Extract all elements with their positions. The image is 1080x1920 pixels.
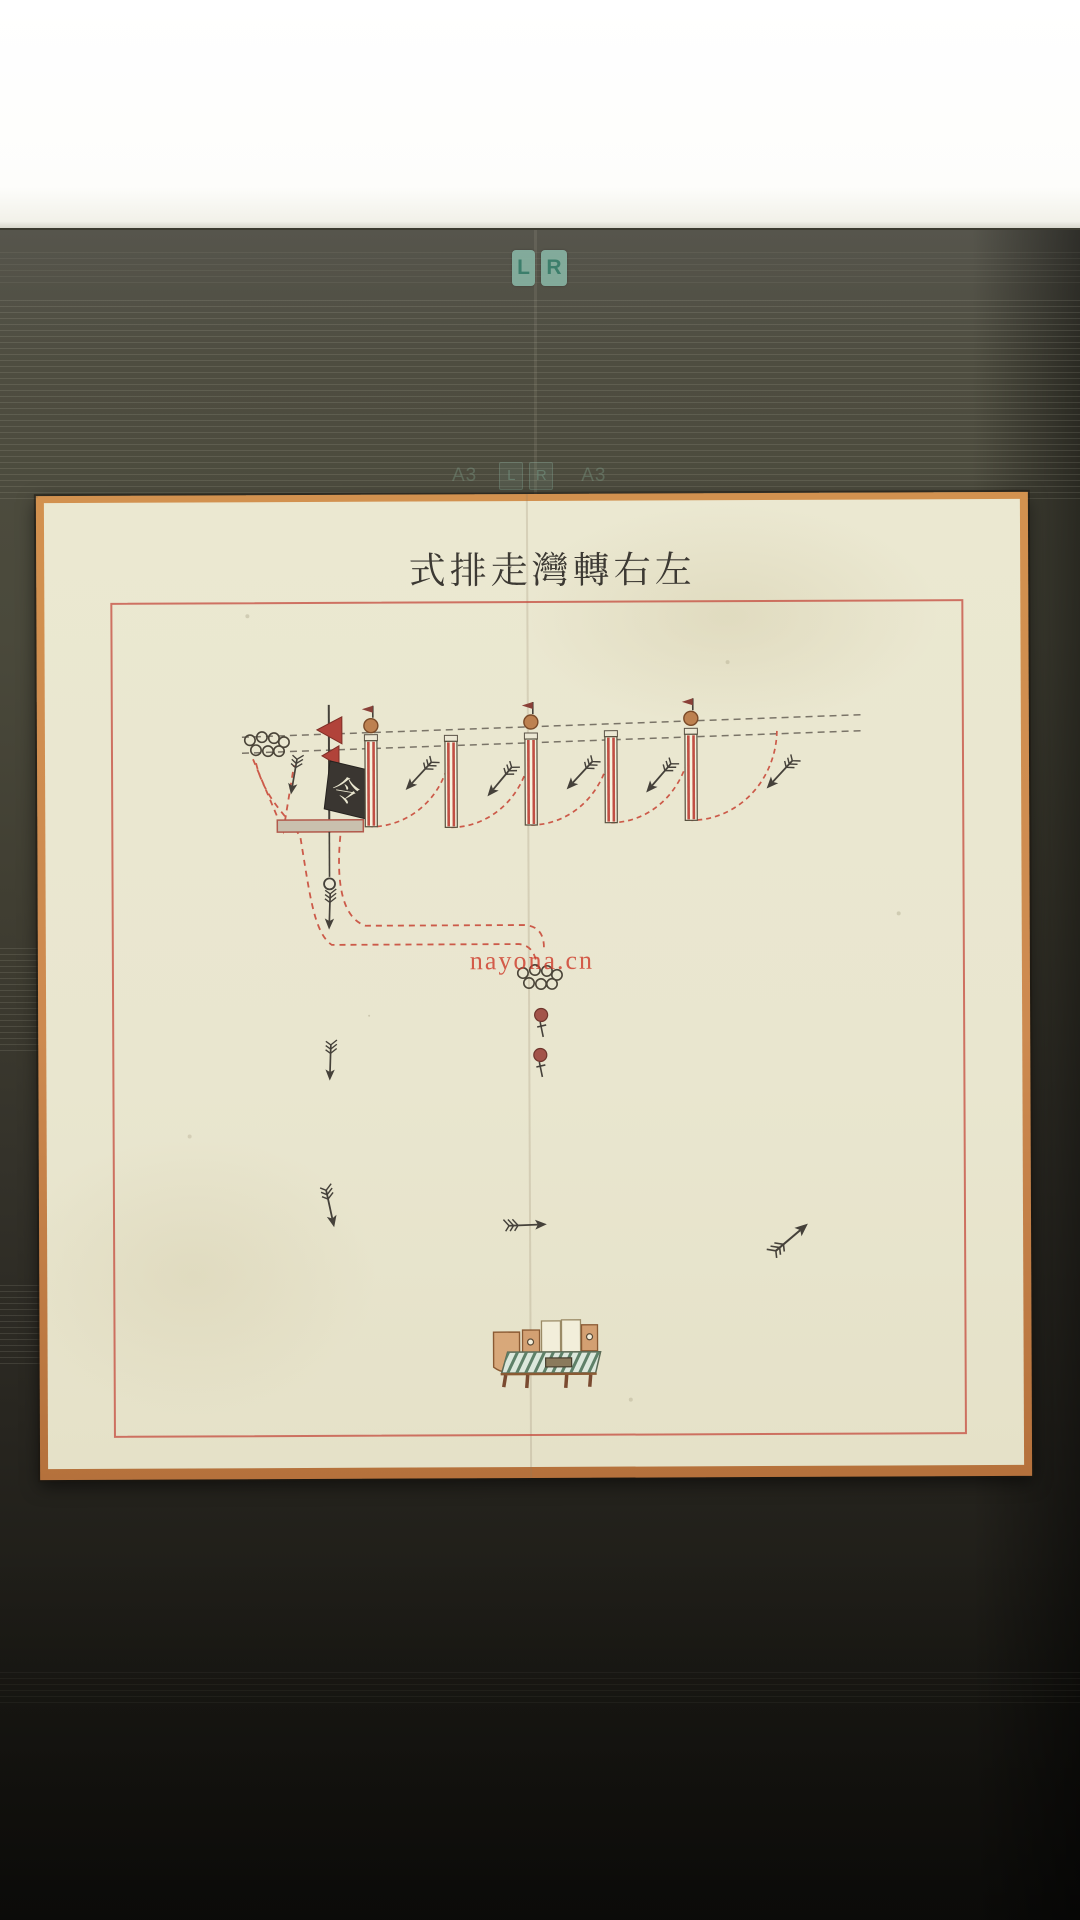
flag-platform [277, 820, 363, 832]
marker-dots [534, 1008, 548, 1077]
drill-formation-diagram: 令 [36, 492, 1032, 1480]
equipment-table-icon [489, 1320, 607, 1389]
movement-arrow-icon [325, 1040, 337, 1081]
drop-line-marker [324, 832, 337, 930]
movement-arrow-icon [286, 753, 304, 795]
page-nav-left-button[interactable]: L [512, 250, 535, 286]
signal-pole-icon [364, 735, 377, 827]
flag-character: 令 [329, 774, 362, 810]
movement-arrow-icon [563, 754, 601, 794]
ghost-page-code-row: A3 L R A3 [452, 462, 607, 490]
marker-dot-icon [535, 1008, 548, 1021]
signal-poles [362, 698, 699, 827]
signal-pole-icon [604, 731, 617, 823]
movement-arrow-icon [324, 889, 336, 930]
signal-pole-icon [524, 733, 537, 825]
page-nav-badges: L R [512, 250, 567, 286]
ghost-left-badge: L [499, 462, 523, 490]
ghost-code-right: A3 [581, 465, 606, 487]
pole-knob-icon [362, 706, 378, 733]
movement-arrow-icon [503, 1218, 547, 1231]
watermark: nayona.cn [470, 946, 594, 977]
pole-knob-icon [682, 698, 698, 725]
route-path [253, 758, 544, 968]
command-flag-icon: 令 [277, 705, 376, 833]
scanner-white-margin [0, 0, 1080, 228]
page-nav-right-button[interactable]: R [541, 250, 567, 286]
movement-arrow-icon [402, 755, 440, 795]
signal-pole-icon [684, 728, 697, 820]
ghost-right-badge: R [529, 462, 553, 490]
lower-arrows [319, 1038, 812, 1262]
signal-pole-icon [444, 735, 457, 827]
movement-arrow-icon [320, 1184, 341, 1229]
movement-arrow-icon [767, 1218, 812, 1259]
manuscript-page: 式排走灣轉右左 [36, 492, 1032, 1480]
scanned-book-viewer: L R A3 L R A3 式排走灣轉右左 [0, 0, 1080, 1920]
movement-arrow-icon [763, 753, 801, 793]
route-arcs [371, 731, 777, 828]
pole-knob-icon [522, 702, 538, 729]
ghost-code-left: A3 [452, 465, 477, 487]
marker-dot-icon [534, 1048, 547, 1061]
